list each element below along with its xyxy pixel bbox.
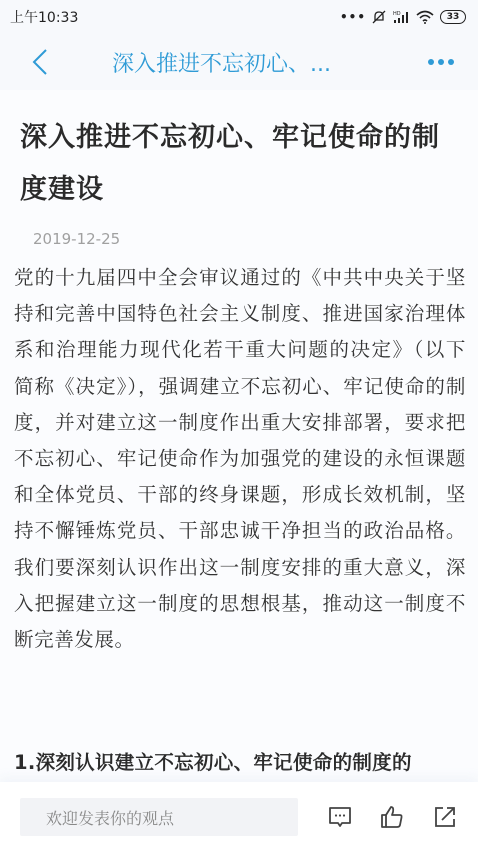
status-bar: 上午10:33 ••• HD 33	[0, 0, 478, 34]
comment-input[interactable]: 欢迎发表你的观点	[20, 798, 298, 836]
like-button[interactable]	[377, 802, 407, 832]
chevron-left-icon	[32, 48, 48, 76]
more-button[interactable]	[426, 50, 456, 74]
share-button[interactable]	[430, 802, 460, 832]
comment-button[interactable]	[325, 802, 355, 832]
mute-alarm-icon	[372, 10, 386, 24]
svg-text:HD: HD	[393, 11, 401, 17]
comment-icon	[327, 804, 353, 830]
status-time: 上午10:33	[10, 7, 78, 27]
article-content[interactable]: 深入推进不忘初心、牢记使命的制度建设 2019-12-25 党的十九届四中全会审…	[0, 90, 478, 782]
bottom-bar: 欢迎发表你的观点	[0, 782, 478, 850]
article-date: 2019-12-25	[33, 230, 120, 248]
hd-signal-icon: HD	[392, 10, 410, 24]
share-icon	[432, 804, 458, 830]
more-horizontal-icon	[427, 58, 455, 66]
battery-icon: 33	[440, 10, 466, 24]
back-button[interactable]	[28, 44, 52, 80]
status-icons: ••• HD 33	[340, 10, 466, 24]
wifi-icon	[416, 10, 434, 24]
thumbs-up-icon	[379, 804, 405, 830]
article-title: 深入推进不忘初心、牢记使命的制度建设	[20, 112, 460, 216]
nav-title: 深入推进不忘初心、...	[112, 47, 372, 78]
comment-placeholder: 欢迎发表你的观点	[46, 806, 174, 829]
article-body: 党的十九届四中全会审议通过的《中共中央关于坚持和完善中国特色社会主义制度、推进国…	[14, 260, 466, 658]
nav-bar: 深入推进不忘初心、...	[0, 34, 478, 90]
more-dots-icon: •••	[340, 10, 366, 24]
section-heading: 1.深刻认识建立不忘初心、牢记使命的制度的	[14, 745, 474, 781]
